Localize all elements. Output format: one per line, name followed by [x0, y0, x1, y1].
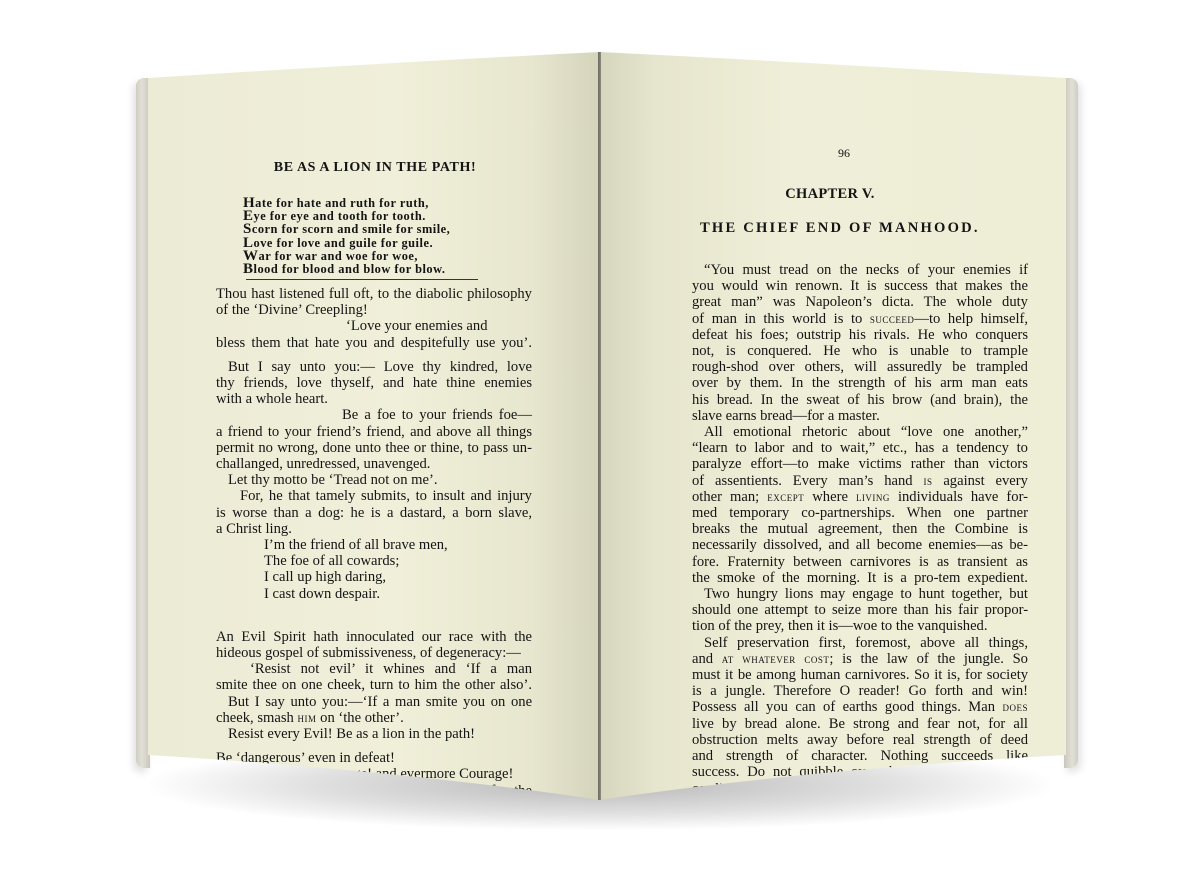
text-line: great man” was Napoleon’s dicta. The who… [692, 294, 1028, 310]
poem-line: Love for love and guile for guile. [243, 237, 450, 250]
text-line: of assentients. Every man’s hand is agai… [692, 473, 1028, 489]
text-line: is a jungle. Therefore O reader! Go fort… [692, 683, 1028, 699]
section-divider [246, 279, 432, 280]
text-line: and at whatever cost; is the law of the … [692, 651, 1028, 667]
left-page-block-edge [136, 78, 150, 768]
epigraph-poem: Hate for hate and ruth for ruth, Eye for… [243, 197, 450, 276]
text-line: Desperandum” be your motto even to the d… [692, 829, 1028, 845]
text-line: For, he that tamely submits, to insult a… [216, 488, 532, 504]
poem-line: Blood for blood and blow for blow. [243, 263, 450, 276]
text-line: obstruction melts away before real stren… [692, 732, 1028, 748]
text-line: But I say unto you:— Love thy kindred, l… [216, 359, 532, 375]
section-gap [216, 602, 532, 629]
text-line: ‘Resist not evil’ it whines and ‘If a ma… [216, 661, 532, 677]
text-line: of man in this world is to succeed—to he… [692, 311, 1028, 327]
text-line: paralyze effort—to make victims rather t… [692, 456, 1028, 472]
text-line: An Evil Spirit hath innoculated our race… [216, 629, 532, 645]
book-spine-gutter [598, 52, 601, 800]
text-line: med temporary co-partnerships. When one … [692, 505, 1028, 521]
text-line: smite thee on one cheek, turn to him the… [216, 677, 532, 693]
text-line: ‘Love your enemies and [216, 318, 532, 334]
text-line: Let thy motto be ‘Tread not on me’. [216, 472, 532, 488]
text-line: bless them that hate you and despitefull… [216, 335, 532, 351]
page-number: 96 [838, 146, 850, 161]
text-line: a Christ ling. [216, 521, 532, 537]
text-line: is worse than a dog: he is a dastard, a … [216, 505, 532, 521]
text-line: live by bread alone. Be strong and fear … [692, 716, 1028, 732]
text-line: the smoke of the morning. It is a pro-te… [692, 570, 1028, 586]
text-line: “learn to labor and to wait,” etc., has … [692, 440, 1028, 456]
text-line: I’m the friend of all brave men, [216, 537, 532, 553]
text-line: I call up high daring, [216, 569, 532, 585]
text-line: his bread. In the sweat of his brow (and… [692, 392, 1028, 408]
paragraph-gap [216, 351, 532, 359]
text-line: The foe of all cowards; [216, 553, 532, 569]
right-page-body: “You must tread on the necks of your ene… [692, 262, 1028, 845]
open-book-scene: BE AS A LION IN THE PATH! Hate for hate … [0, 0, 1200, 894]
text-line: other man; except where living individua… [692, 489, 1028, 505]
text-line: a friend to your friend’s friend, and ab… [216, 424, 532, 440]
text-line: with a whole heart. [216, 391, 532, 407]
text-line: slave earns bread—for a master. [692, 408, 1028, 424]
section-divider [406, 279, 478, 280]
right-page-block-edge [1064, 78, 1078, 768]
chapter-heading: CHAPTER V. [750, 186, 910, 203]
chapter-title: THE CHIEF END OF MANHOOD. [700, 220, 960, 237]
text-line: hideous gospel of submissiveness, of deg… [216, 645, 532, 661]
text-line: breaks the mutual agreement, then the Co… [692, 521, 1028, 537]
text-line: not, is conquered. He who is unable to t… [692, 343, 1028, 359]
text-line: over by them. In the strength of his arm… [692, 375, 1028, 391]
text-line: thy friends, love thyself, and hate thin… [216, 375, 532, 391]
text-line: Possess all you can of earths good thing… [692, 699, 1028, 715]
poem-line: Scorn for scorn and smile for smile, [243, 223, 450, 236]
text-line: should one attempt to seize more than hi… [692, 602, 1028, 618]
text-line: I cast down despair. [216, 586, 532, 602]
text-line: But I say unto you:—‘If a man smite you … [216, 694, 532, 710]
text-line: of the ‘Divine’ Creepling! [216, 302, 532, 318]
text-line: must it be among human carnivores. So it… [692, 667, 1028, 683]
left-page-body: Thou hast listened full oft, to the diab… [216, 286, 532, 815]
text-line: permit no wrong, done unto thee or thine… [216, 440, 532, 456]
text-line: All emotional rhetoric about “love one a… [692, 424, 1028, 440]
text-line: tion of the prey, then it is—woe to the … [692, 618, 1028, 634]
text-line: you would win renown. It is success that… [692, 278, 1028, 294]
paragraph-gap [216, 742, 532, 750]
text-line: Thou hast listened full oft, to the diab… [216, 286, 532, 302]
text-line: cheek, smash him on ‘the other’. [216, 710, 532, 726]
text-line: Self preservation first, foremost, above… [692, 635, 1028, 651]
text-line: necessarily dissolved, and all become en… [692, 537, 1028, 553]
text-line: Two hungry lions may engage to hunt toge… [692, 586, 1028, 602]
text-line: challanged, unredressed, unavenged. [216, 456, 532, 472]
text-line: defeat his foes; outstrip his rivals. He… [692, 327, 1028, 343]
text-line: Resist every Evil! Be as a lion in the p… [216, 726, 532, 742]
text-line: “You must tread on the necks of your ene… [692, 262, 1028, 278]
text-line: fore. Fraternity between carnivores is a… [692, 554, 1028, 570]
text-line: Be a foe to your friends foe— [216, 407, 532, 423]
text-line: rough-shod over others, will assuredly b… [692, 359, 1028, 375]
left-page-heading: BE AS A LION IN THE PATH! [270, 160, 480, 176]
